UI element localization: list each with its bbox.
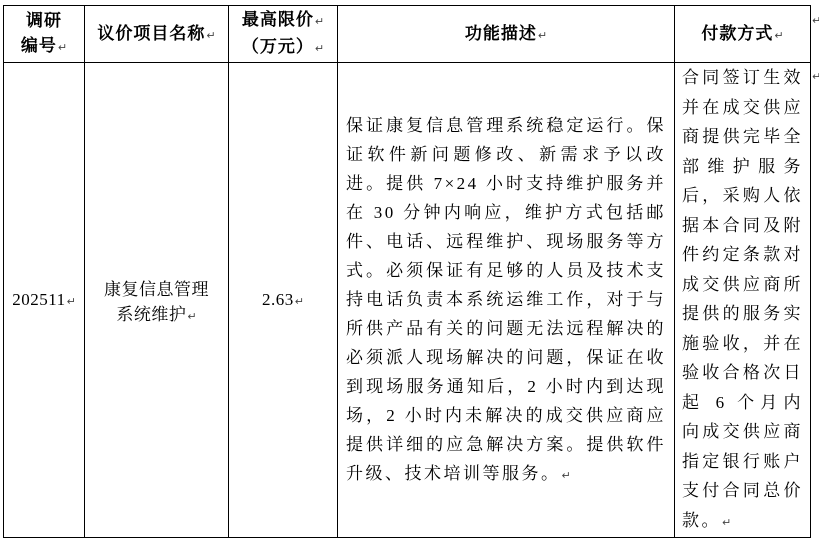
header-survey-number: 调研 编号↵ — [4, 6, 85, 63]
paragraph-mark-icon: ↵ — [58, 41, 67, 54]
paragraph-mark-icon: ↵ — [538, 29, 547, 42]
paragraph-mark-icon: ↵ — [206, 29, 215, 42]
header-max-price-line1: 最高限价 — [242, 10, 314, 29]
cell-project-name: 康复信息管理 系统维护↵ — [85, 63, 229, 538]
paragraph-mark-icon: ↵ — [722, 516, 731, 529]
survey-number-value: 202511 — [12, 290, 65, 309]
row-end-mark: ↵ — [812, 14, 819, 27]
max-price-value: 2.63 — [262, 290, 294, 309]
header-function-description: 功能描述↵ — [338, 6, 675, 63]
header-project-name-label: 议价项目名称 — [97, 24, 205, 43]
header-project-name: 议价项目名称↵ — [85, 6, 229, 63]
document-page: 调研 编号↵ 议价项目名称↵ 最高限价↵ （万元）↵ 功能描述↵ 付款方式↵ — [0, 0, 819, 541]
paragraph-mark-icon: ↵ — [67, 295, 76, 308]
cell-max-price: 2.63↵ — [229, 63, 338, 538]
paragraph-mark-icon: ↵ — [295, 295, 304, 308]
pricing-table: 调研 编号↵ 议价项目名称↵ 最高限价↵ （万元）↵ 功能描述↵ 付款方式↵ — [3, 5, 811, 538]
header-row: 调研 编号↵ 议价项目名称↵ 最高限价↵ （万元）↵ 功能描述↵ 付款方式↵ — [4, 6, 811, 63]
cell-survey-number: 202511↵ — [4, 63, 85, 538]
header-survey-number-line1: 调研 — [26, 11, 62, 30]
cell-function-description: 保证康复信息管理系统稳定运行。保证软件新问题修改、新需求予以改进。提供 7×24… — [338, 63, 675, 538]
paragraph-mark-icon: ↵ — [774, 29, 783, 42]
header-max-price: 最高限价↵ （万元）↵ — [229, 6, 338, 63]
function-description-text: 保证康复信息管理系统稳定运行。保证软件新问题修改、新需求予以改进。提供 7×24… — [346, 116, 666, 483]
row-end-mark: ↵ — [812, 70, 819, 83]
project-name-line2: 系统维护 — [116, 305, 186, 324]
paragraph-mark-icon: ↵ — [562, 469, 571, 482]
table-row: 202511↵ 康复信息管理 系统维护↵ 2.63↵ 保证康复信息管理系统稳定运… — [4, 63, 811, 538]
header-survey-number-line2: 编号 — [21, 36, 57, 55]
payment-method-text: 合同签订生效并在成交供应商提供完毕全部维护服务后，采购人依据本合同及附件约定条款… — [682, 68, 803, 530]
paragraph-mark-icon: ↵ — [315, 42, 324, 55]
header-function-description-label: 功能描述 — [465, 24, 537, 43]
header-payment-method-label: 付款方式 — [701, 24, 773, 43]
header-max-price-line2: （万元） — [242, 37, 314, 56]
project-name-line1: 康复信息管理 — [104, 280, 209, 299]
paragraph-mark-icon: ↵ — [315, 15, 324, 28]
paragraph-mark-icon: ↵ — [187, 310, 196, 323]
header-payment-method: 付款方式↵ — [675, 6, 811, 63]
cell-payment-method: 合同签订生效并在成交供应商提供完毕全部维护服务后，采购人依据本合同及附件约定条款… — [675, 63, 811, 538]
